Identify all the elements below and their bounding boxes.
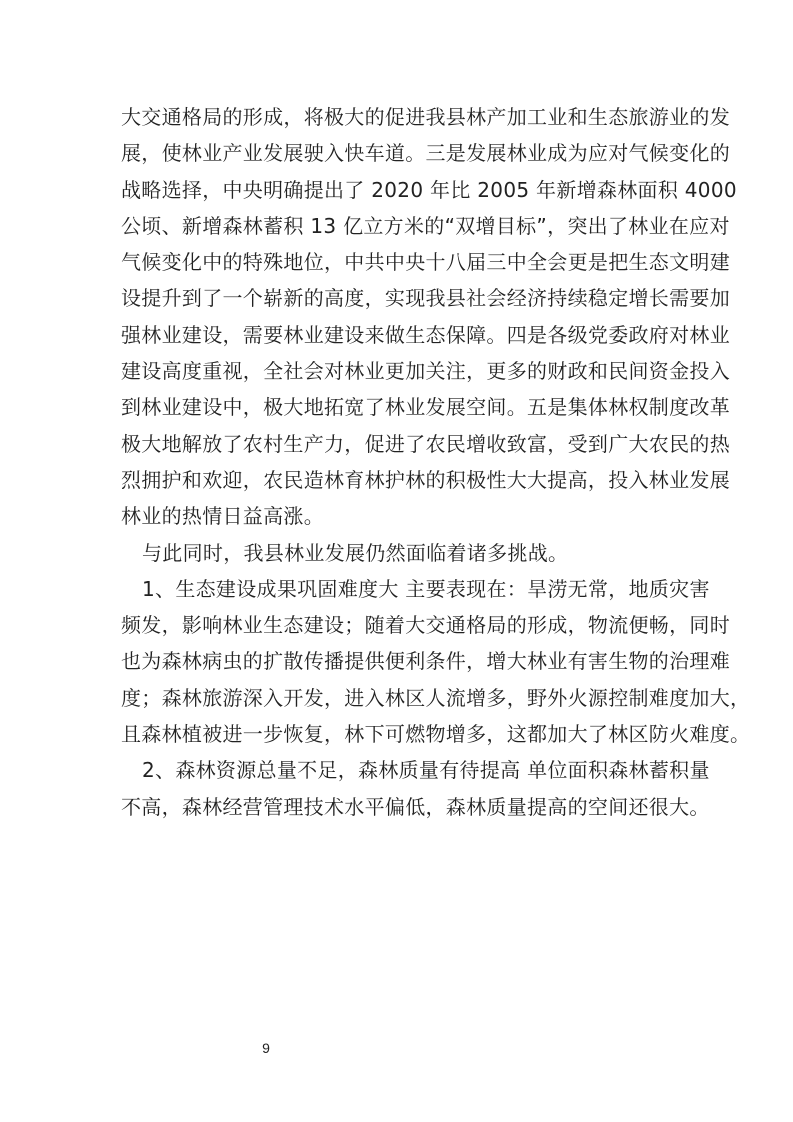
text-line: 频发，影响林业生态建设；随着大交通格局的形成，物流便畅，同时 (121, 607, 676, 643)
text-line: 不高，森林经营管理技术水平偏低，森林质量提高的空间还很大。 (121, 789, 676, 825)
text-line: 气候变化中的特殊地位，中共中央十八届三中全会更是把生态文明建 (121, 244, 676, 280)
text-line: 且森林植被进一步恢复，林下可燃物增多，这都加大了林区防火难度。 (121, 716, 676, 752)
body-text: 大交通格局的形成，将极大的促进我县林产加工业和生态旅游业的发 展，使林业产业发展… (121, 99, 676, 825)
paragraph-intro-challenges: 与此同时，我县林业发展仍然面临着诸多挑战。 (121, 535, 676, 571)
text-line: 战略选择，中央明确提出了 2020 年比 2005 年新增森林面积 4000 (121, 172, 676, 208)
text-line: 建设高度重视，全社会对林业更加关注，更多的财政和民间资金投入 (121, 353, 676, 389)
text-line: 设提升到了一个崭新的高度，实现我县社会经济持续稳定增长需要加 (121, 280, 676, 316)
text-line: 到林业建设中，极大地拓宽了林业发展空间。五是集体林权制度改革 (121, 389, 676, 425)
text-line: 公顷、新增森林蓄积 13 亿立方米的“双增目标”，突出了林业在应对 (121, 208, 676, 244)
text-line: 大交通格局的形成，将极大的促进我县林产加工业和生态旅游业的发 (121, 99, 676, 135)
list-item-1-heading: 1、生态建设成果巩固难度大 主要表现在：旱涝无常，地质灾害 (121, 571, 676, 607)
document-page: 大交通格局的形成，将极大的促进我县林产加工业和生态旅游业的发 展，使林业产业发展… (0, 0, 793, 1122)
text-line: 极大地解放了农村生产力，促进了农民增收致富，受到广大农民的热 (121, 426, 676, 462)
text-line: 烈拥护和欢迎，农民造林育林护林的积极性大大提高，投入林业发展 (121, 462, 676, 498)
text-line: 展，使林业产业发展驶入快车道。三是发展林业成为应对气候变化的 (121, 135, 676, 171)
text-line: 强林业建设，需要林业建设来做生态保障。四是各级党委政府对林业 (121, 317, 676, 353)
text-line: 也为森林病虫的扩散传播提供便利条件，增大林业有害生物的治理难 (121, 643, 676, 679)
page-number: 9 (256, 1040, 276, 1056)
list-item-2-heading: 2、森林资源总量不足，森林质量有待提高 单位面积森林蓄积量 (121, 752, 676, 788)
text-line: 林业的热情日益高涨。 (121, 498, 676, 534)
text-line: 度；森林旅游深入开发，进入林区人流增多，野外火源控制难度加大， (121, 680, 676, 716)
